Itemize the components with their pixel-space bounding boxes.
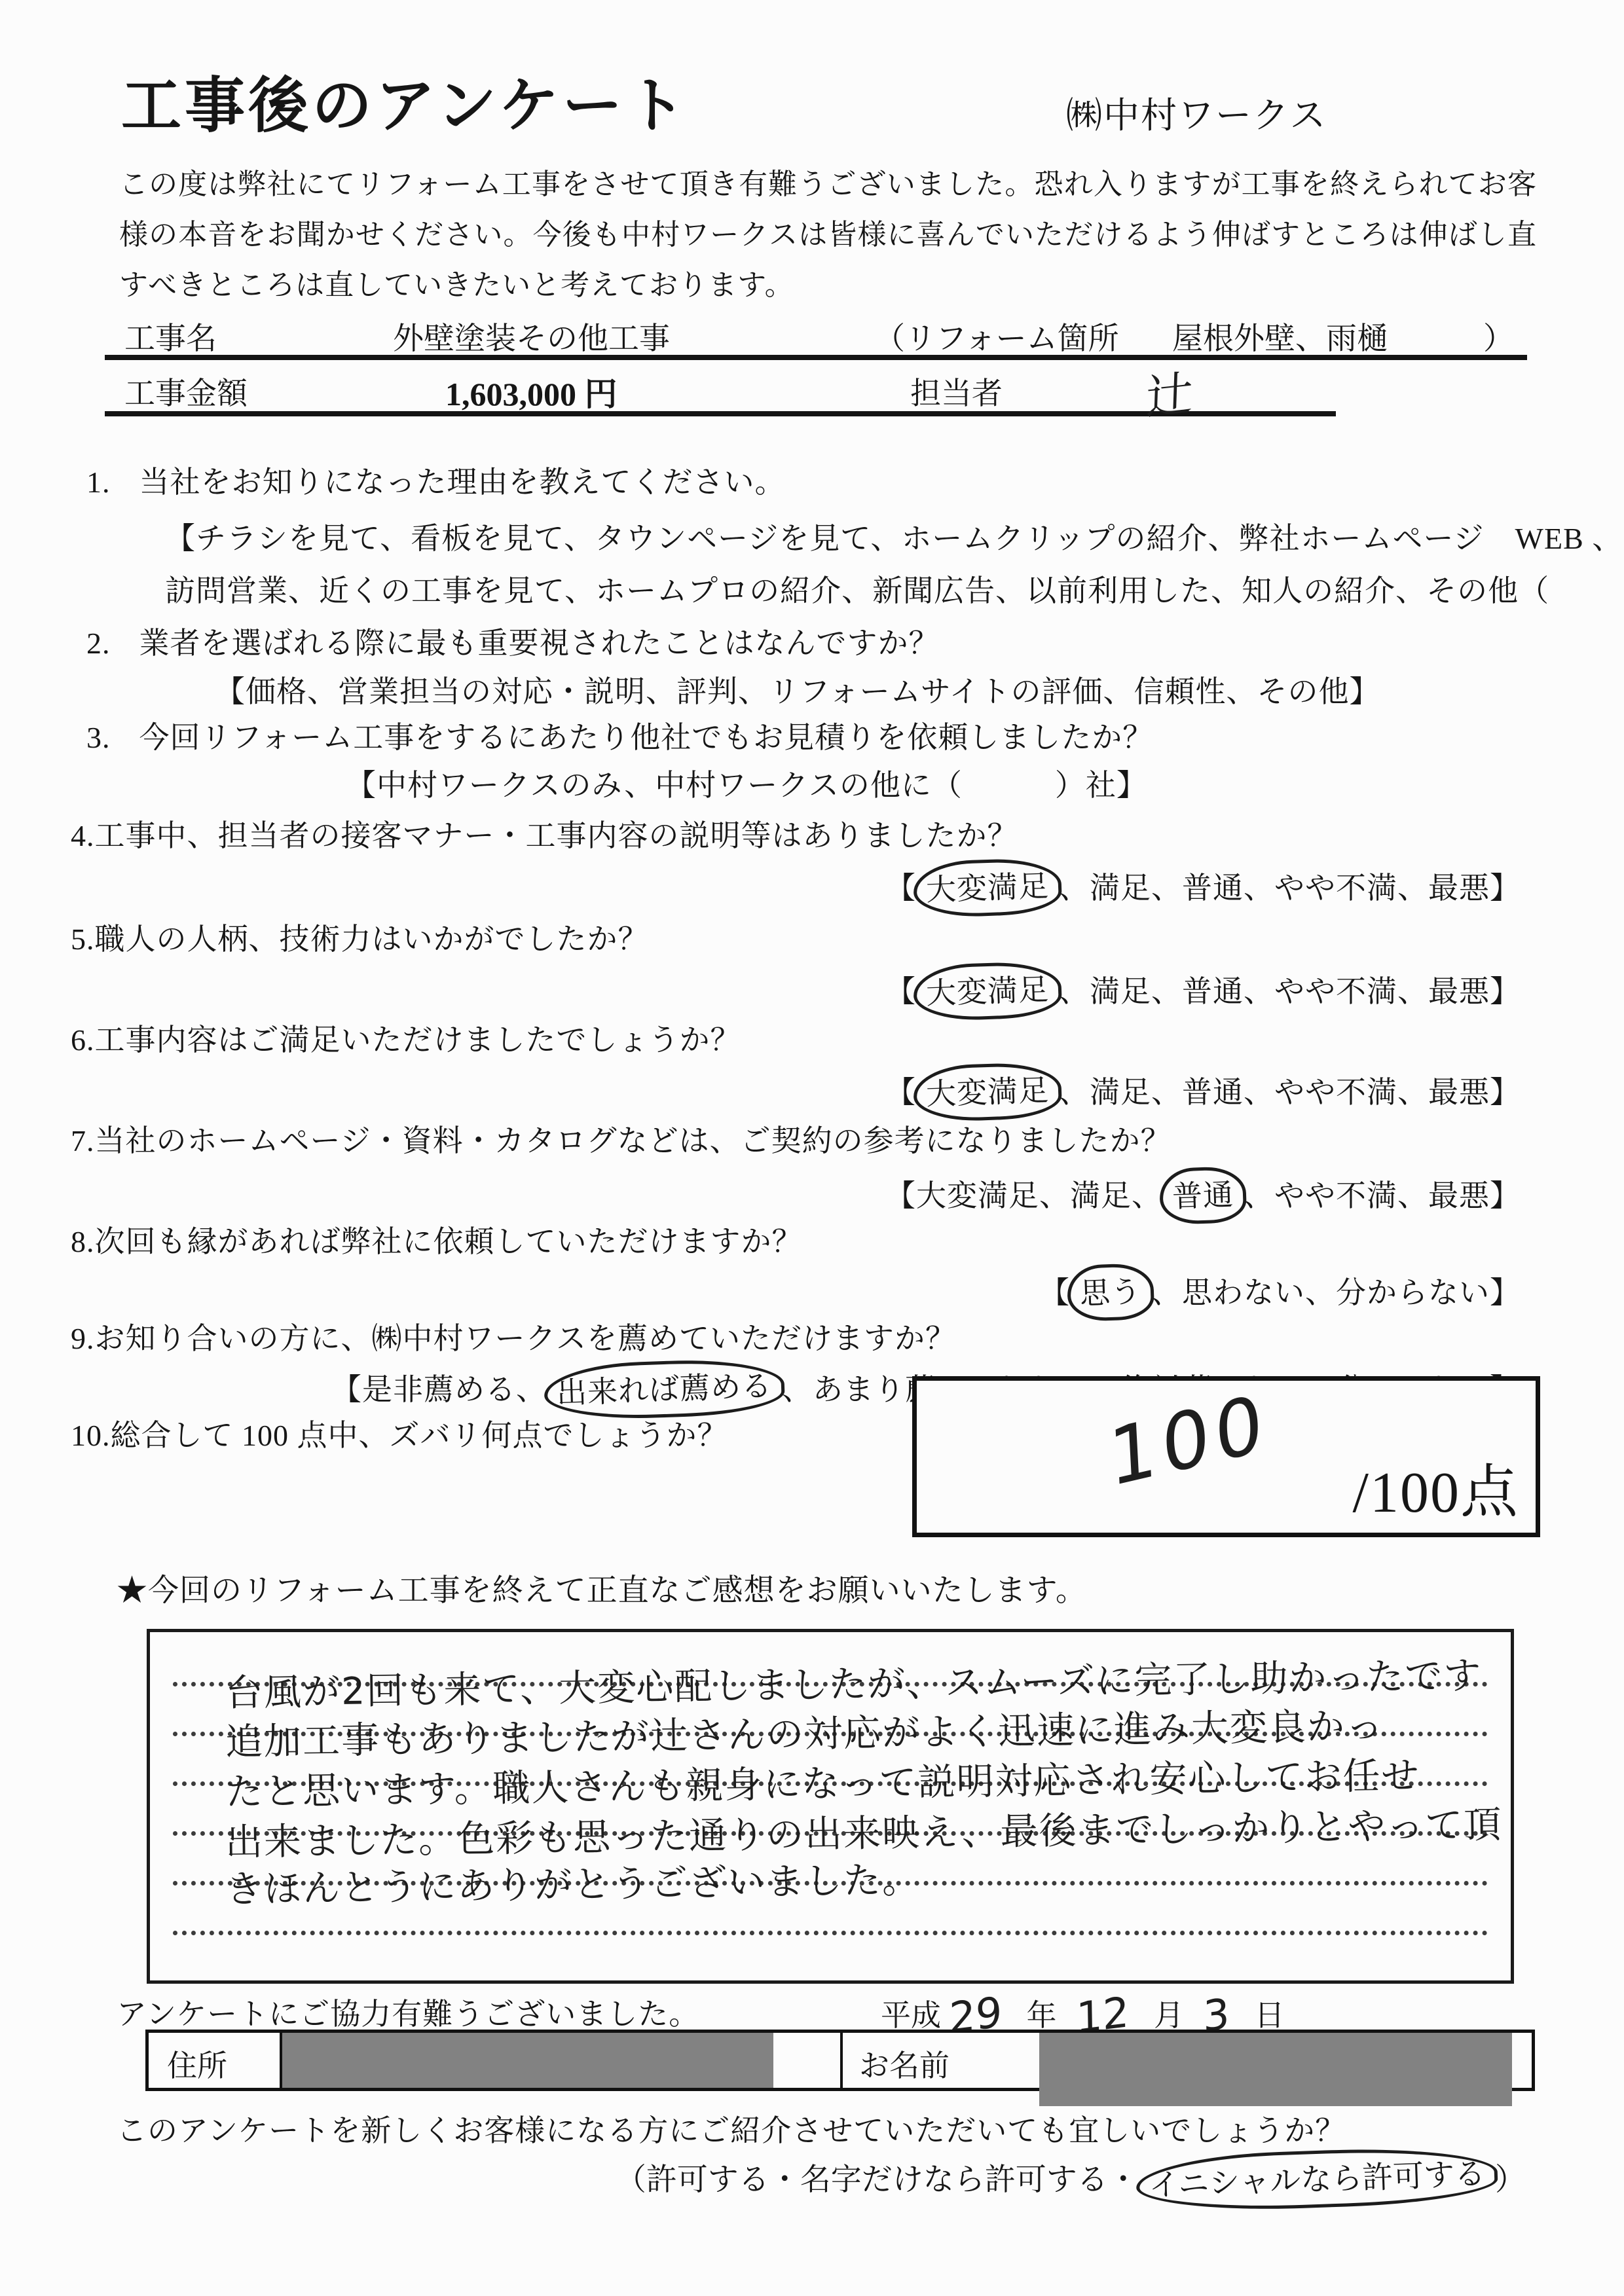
question-6-answer-row: 【大変満足、満足、普通、やや不満、最悪】: [885, 1068, 1521, 1114]
intro-paragraph: この度は弊社にてリフォーム工事をさせて頂き有難うございました。恐れ入りますが工事…: [119, 159, 1537, 310]
era-label: 平成: [881, 1999, 941, 2032]
question-1-options-line2: 訪問営業、近くの工事を見て、ホームプロの紹介、新聞広告、以前利用した、知人の紹介…: [165, 567, 1624, 610]
question-8-number: 8.: [71, 1224, 95, 1259]
survey-document-page: 工事後のアンケート ㈱中村ワークス この度は弊社にてリフォーム工事をさせて頂き有…: [0, 0, 1624, 2296]
address-name-row: 住所 お名前: [145, 2030, 1535, 2091]
question-6-text: 工事内容はご満足いただけましたでしょうか？: [95, 1023, 741, 1057]
question-7-answer-row: 【大変満足、満足、普通、やや不満、最悪】: [885, 1172, 1521, 1217]
question-2-number: 2.: [86, 626, 111, 661]
question-1-number: 1.: [86, 465, 111, 500]
permission-prefix: （許可する・名字だけなら許可する・: [616, 2163, 1139, 2197]
circled-answer-q6: 大変満足: [913, 1061, 1063, 1123]
project-name-value: 外壁塗装その他工事: [393, 314, 670, 358]
question-9: 9.お知り合いの方に、㈱中村ワークスを薦めていただけますか？: [71, 1315, 956, 1358]
question-4-answer-row: 【大変満足、満足、普通、やや不満、最悪】: [885, 864, 1521, 909]
answer-prefix: 【: [885, 1076, 916, 1109]
question-9-text: お知り合いの方に、㈱中村ワークスを薦めていただけますか？: [95, 1322, 957, 1355]
permission-question: このアンケートを新しくお客様になる方にご紹介させていただいても宜しいでしょうか？: [117, 2107, 1346, 2150]
answer-suffix: 、満足、普通、やや不満、最悪】: [1059, 871, 1521, 905]
circled-answer-q5: 大変満足: [913, 960, 1063, 1022]
project-name-row: 工事名 外壁塗装その他工事 （リフォーム箇所 屋根外壁、雨樋 ）: [105, 308, 1527, 360]
question-2: 2.業者を選ばれる際に最も重要視されたことはなんですか？: [86, 619, 940, 663]
question-1-options-line1: 【チラシを見て、看板を見て、タウンページを見て、ホームクリップの紹介、弊社ホーム…: [165, 515, 1623, 558]
answer-suffix: 、満足、普通、やや不満、最悪】: [1059, 1076, 1521, 1109]
permission-suffix: ）: [1495, 2163, 1526, 2197]
comment-line-5-handwritten: きほんとうにありがとうございました。: [225, 1850, 921, 1914]
name-redacted-box: [1039, 2033, 1512, 2106]
answer-suffix: 、思わない、分からない】: [1151, 1276, 1521, 1309]
address-label: 住所: [167, 2042, 227, 2085]
question-8-text: 次回も縁があれば弊社に依頼していただけますか？: [95, 1225, 803, 1258]
question-6: 6.工事内容はご満足いただけましたでしょうか？: [71, 1016, 741, 1059]
question-3: 3.今回リフォーム工事をするにあたり他社でもお見積りを依頼しましたか？: [86, 714, 1153, 757]
question-1-text: 当社をお知りになった理由を教えてください。: [139, 465, 786, 499]
question-5-answer-row: 【大変満足、満足、普通、やや不満、最悪】: [885, 968, 1521, 1013]
question-8: 8.次回も縁があれば弊社に依頼していただけますか？: [71, 1218, 803, 1261]
cell-divider: [840, 2033, 843, 2088]
reform-area-close-paren: ）: [1483, 314, 1514, 358]
day-unit: 日: [1255, 1999, 1285, 2032]
manager-label: 担当者: [910, 369, 1003, 413]
question-10-number: 10.: [71, 1418, 111, 1453]
circled-permission-choice: イニシャルなら許可する: [1135, 2144, 1498, 2214]
page-title: 工事後のアンケート: [121, 58, 689, 144]
project-name-label: 工事名: [124, 314, 217, 358]
question-1: 1.当社をお知りになった理由を教えてください。: [86, 458, 786, 501]
date-line: 平成 29 年 12 月 3 日: [881, 1988, 1297, 2036]
question-4-number: 4.: [71, 818, 95, 853]
answer-prefix: 【大変満足、満足、: [885, 1179, 1162, 1212]
year-unit: 年: [1026, 1999, 1056, 2032]
answer-suffix: 、やや不満、最悪】: [1244, 1179, 1521, 1212]
question-7: 7.当社のホームページ・資料・カタログなどは、ご契約の参考になりましたか？: [71, 1117, 1172, 1160]
score-denominator: /100点: [1353, 1446, 1519, 1529]
address-redacted-box: [282, 2033, 773, 2088]
score-box: 100 /100点: [912, 1376, 1540, 1537]
name-label: お名前: [859, 2042, 950, 2085]
question-8-answer-row: 【思う、思わない、分からない】: [1039, 1269, 1521, 1314]
question-5: 5.職人の人柄、技術力はいかがでしたか？: [71, 915, 649, 958]
circled-answer-q7: 普通: [1159, 1166, 1247, 1226]
manager-signature-handwritten: 辻: [1145, 355, 1194, 428]
question-2-text: 業者を選ばれる際に最も重要視されたことはなんですか？: [139, 627, 940, 660]
answer-prefix: 【: [885, 975, 916, 1008]
answer-prefix: 【: [1039, 1276, 1070, 1309]
question-2-options: 【価格、営業担当の対応・説明、評判、リフォームサイトの評価、信頼性、その他】: [215, 668, 1380, 711]
question-10: 10.総合して 100 点中、ズバリ何点でしょうか？: [71, 1412, 728, 1455]
feedback-heading: ★今回のリフォーム工事を終えて正直なご感想をお願いいたします。: [117, 1566, 1087, 1610]
company-name: ㈱中村ワークス: [1066, 86, 1327, 138]
question-7-number: 7.: [71, 1123, 95, 1158]
month-unit: 月: [1154, 1999, 1184, 2032]
comment-box: 台風が2回も来て、大変心配しましたが、スムーズに完了し助かったです 追加工事もあ…: [147, 1629, 1514, 1984]
question-6-number: 6.: [71, 1023, 95, 1057]
circled-answer-q4: 大変満足: [913, 857, 1063, 919]
score-value-handwritten: 100: [1107, 1376, 1270, 1504]
project-amount-row: 工事金額 1,603,000 円 担当者 辻: [105, 361, 1336, 416]
answer-prefix: 【: [885, 871, 916, 905]
reform-area-value: 屋根外壁、雨樋: [1172, 314, 1388, 358]
thanks-text: アンケートにご協力有難うございました。: [117, 1990, 699, 2033]
question-7-text: 当社のホームページ・資料・カタログなどは、ご契約の参考になりましたか？: [95, 1124, 1172, 1157]
permission-options: （許可する・名字だけなら許可する・イニシャルなら許可する）: [616, 2155, 1526, 2201]
amount-label: 工事金額: [124, 369, 248, 413]
question-4: 4.工事中、担当者の接客マナー・工事内容の説明等はありましたか？: [71, 812, 1018, 855]
answer-suffix: 、満足、普通、やや不満、最悪】: [1059, 975, 1521, 1008]
circled-answer-q8: 思う: [1067, 1263, 1155, 1322]
question-3-number: 3.: [86, 720, 111, 755]
question-3-text: 今回リフォーム工事をするにあたり他社でもお見積りを依頼しましたか？: [139, 721, 1154, 754]
question-5-number: 5.: [71, 922, 95, 957]
reform-area-label: （リフォーム箇所: [874, 314, 1119, 358]
question-9-number: 9.: [71, 1321, 95, 1356]
question-4-text: 工事中、担当者の接客マナー・工事内容の説明等はありましたか？: [95, 819, 1018, 852]
question-5-text: 職人の人柄、技術力はいかがでしたか？: [95, 922, 649, 956]
answer-prefix: 【是非薦める、: [331, 1373, 547, 1406]
amount-value: 1,603,000 円: [445, 368, 618, 415]
question-10-text: 総合して 100 点中、ズバリ何点でしょうか？: [111, 1419, 728, 1452]
ruled-line: [173, 1931, 1488, 1935]
question-3-options: 【中村ワークスのみ、中村ワークスの他に（ ）社】: [346, 761, 1147, 805]
